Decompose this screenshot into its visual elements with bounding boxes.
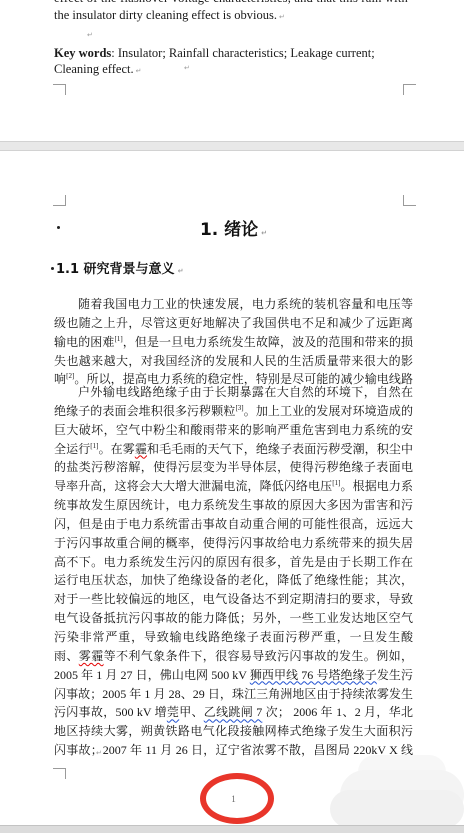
- body-paragraph-1: 随着我国电力工业的快速发展，电力系统的装机容量和电压等级也随之上升，尽管这更好地…: [54, 295, 413, 390]
- text-boundary-mark-bottom-left: [53, 768, 66, 779]
- paragraph-mark: ↵: [279, 13, 285, 21]
- page-2-canvas[interactable]: 1. 绪论↵ 1.1 研究背景与意义↵ 随着我国电力工业的快速发展，电力系统的装…: [0, 151, 464, 825]
- keywords-line: Key words: Insulator; Rainfall character…: [54, 45, 416, 79]
- chapter-heading: 1. 绪论↵: [54, 215, 413, 240]
- paragraph-mark: ↵: [261, 229, 267, 237]
- text-boundary-mark-top-right: [403, 195, 416, 206]
- paragraph-mark: ↵: [96, 749, 102, 757]
- document-background-strip: [0, 825, 464, 833]
- page-1-canvas[interactable]: effect of the flashover voltage characte…: [0, 0, 464, 141]
- paragraph-mark: ↵: [136, 67, 142, 75]
- word-document-view: effect of the flashover voltage characte…: [0, 0, 464, 833]
- section-subheading: 1.1 研究背景与意义↵: [56, 258, 356, 277]
- keywords-label: Key words: [54, 46, 111, 60]
- text-boundary-mark-bottom-right: [403, 84, 416, 95]
- citation-reference: [1]: [114, 335, 122, 343]
- smudge-blob: [330, 790, 464, 828]
- spellcheck-red-squiggle: 霾: [135, 442, 147, 456]
- text-segment: 甲、: [179, 705, 204, 719]
- abstract-last-line: the insulator dirty cleaning effect is o…: [54, 7, 416, 25]
- page-gap-separator: [0, 141, 464, 151]
- paragraph-mark: ↵: [178, 267, 184, 275]
- subheading-style-dot: [51, 267, 54, 270]
- grammar-blue-squiggle: 狮西甲线 76 号塔绝缘子: [250, 668, 377, 682]
- text-segment: 。根据电力系统事故发生原因统计，电力系统发生事故的原因大多因为雷害和污闪，但是由…: [54, 479, 413, 663]
- red-annotation-circle: [200, 773, 274, 824]
- paragraph-mark: ↵: [87, 31, 93, 39]
- text-boundary-mark-bottom-left: [53, 84, 66, 95]
- grammar-blue-squiggle: 乙线跳闸 7: [204, 705, 263, 719]
- text-segment: 。在雾: [98, 442, 134, 456]
- paragraph-mark: ↵: [184, 64, 190, 72]
- body-paragraph-2: 户外输电线路绝缘子由于长期暴露在大自然的环境下，自然在绝缘子的表面会堆积很多污秽…: [54, 383, 413, 761]
- spellcheck-red-squiggle: 雾霾: [79, 649, 104, 663]
- text-boundary-mark-top-left: [53, 195, 66, 206]
- clipped-abstract-line: effect of the flashover voltage characte…: [54, 0, 414, 5]
- citation-reference: [3]: [235, 404, 243, 412]
- grammar-blue-squiggle: 莞: [167, 705, 179, 719]
